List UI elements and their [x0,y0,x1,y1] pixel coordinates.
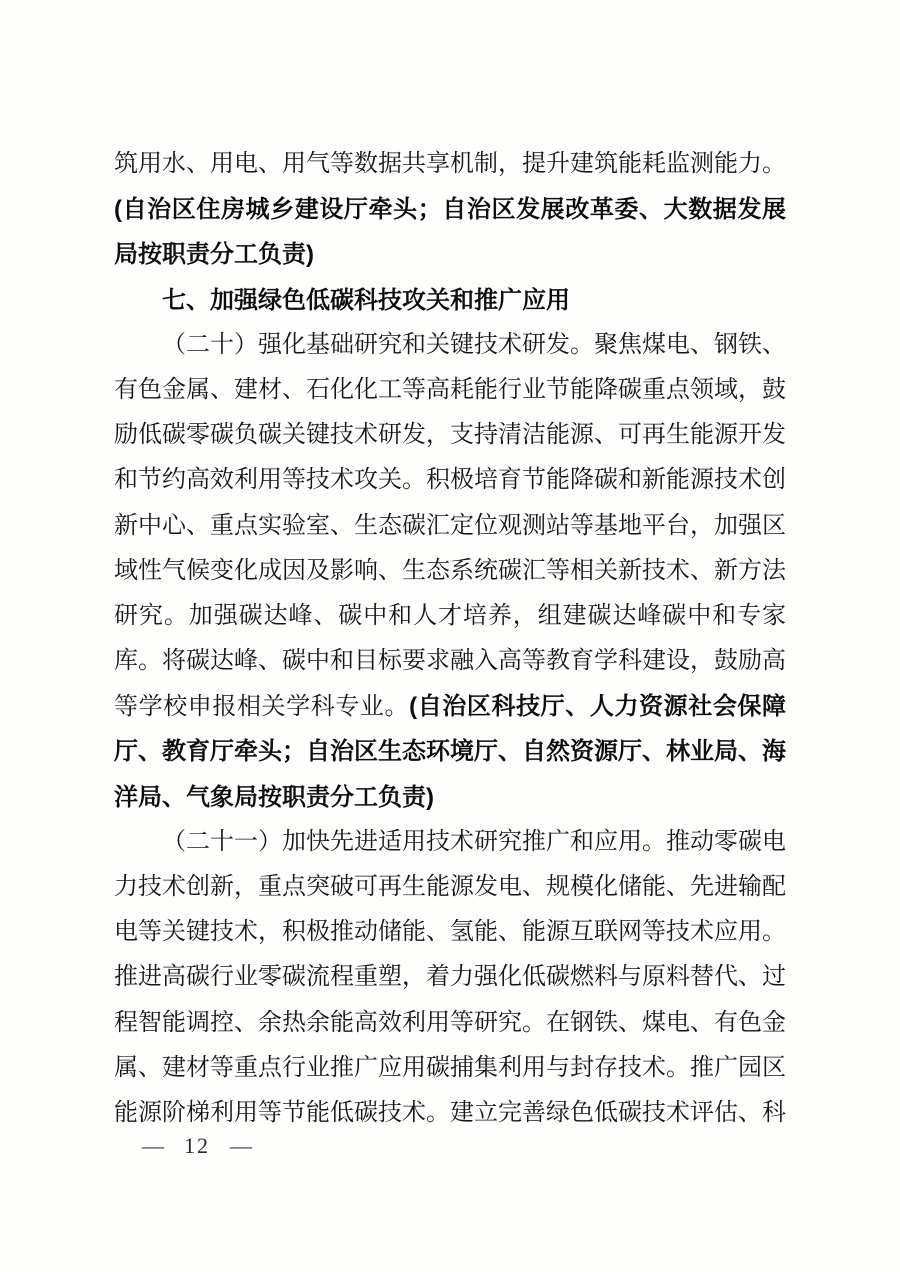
bold-text-segment: 局按职责分工负责) [114,241,314,268]
bold-text-segment: 洋局、气象局按职责分工负责) [114,784,434,811]
page-footer: —12— [142,1131,252,1161]
bold-text-segment: (自治区住房城乡建设厅牵头；自治区发展改革委、大数据发展 [114,196,786,223]
footer-dash-right: — [230,1131,252,1161]
text-segment: 电等关键技术，积极推动储能、氢能、能源互联网等技术应用。 [114,919,786,945]
text-segment: 属、建材等重点行业推广应用碳捕集利用与封存技术。推广园区 [114,1055,786,1081]
text-segment: 域性气候变化成因及影响、生态系统碳汇等相关新技术、新方法 [114,558,786,584]
text-line: 域性气候变化成因及影响、生态系统碳汇等相关新技术、新方法 [114,549,786,594]
text-segment: 励低碳零碳负碳关键技术研发，支持清洁能源、可再生能源开发 [114,422,786,448]
text-segment: 和节约高效利用等技术攻关。积极培育节能降碳和新能源技术创 [114,467,786,493]
text-line: 力技术创新，重点突破可再生能源发电、规模化储能、先进输配 [114,865,786,910]
text-line: 新中心、重点实验室、生态碳汇定位观测站等基地平台，加强区 [114,504,786,549]
text-line: 和节约高效利用等技术攻关。积极培育节能降碳和新能源技术创 [114,458,786,503]
text-line: (自治区住房城乡建设厅牵头；自治区发展改革委、大数据发展 [114,187,786,232]
text-line: 洋局、气象局按职责分工负责) [114,775,786,820]
text-line: 有色金属、建材、石化化工等高耗能行业节能降碳重点领域，鼓 [114,368,786,413]
text-line: 属、建材等重点行业推广应用碳捕集利用与封存技术。推广园区 [114,1046,786,1091]
text-segment: 研究。加强碳达峰、碳中和人才培养，组建碳达峰碳中和专家 [114,603,786,629]
text-line: （二十一）加快先进适用技术研究推广和应用。推动零碳电 [114,820,786,865]
text-segment: 能源阶梯利用等节能低碳技术。建立完善绿色低碳技术评估、科 [114,1100,786,1126]
document-body: 筑用水、用电、用气等数据共享机制，提升建筑能耗监测能力。(自治区住房城乡建设厅牵… [114,142,786,1136]
text-line: 局按职责分工负责) [114,232,786,277]
text-segment: 有色金属、建材、石化化工等高耗能行业节能降碳重点领域，鼓 [114,377,786,403]
text-line: 能源阶梯利用等节能低碳技术。建立完善绿色低碳技术评估、科 [114,1091,786,1136]
text-segment: 筑用水、用电、用气等数据共享机制，提升建筑能耗监测能力。 [114,151,786,177]
text-segment: 库。将碳达峰、碳中和目标要求融入高等教育学科建设，鼓励高 [114,648,786,674]
text-segment: 推进高碳行业零碳流程重塑，着力强化低碳燃料与原料替代、过 [114,964,786,990]
footer-dash-left: — [142,1131,164,1161]
bold-text-segment: 厅、教育厅牵头；自治区生态环境厅、自然资源厅、林业局、海 [114,738,786,765]
text-segment: （二十一）加快先进适用技术研究推广和应用。推动零碳电 [162,829,786,855]
document-page: 筑用水、用电、用气等数据共享机制，提升建筑能耗监测能力。(自治区住房城乡建设厅牵… [0,0,900,1272]
bold-text-segment: 七、加强绿色低碳科技攻关和推广应用 [162,287,570,314]
text-segment: 等学校申报相关学科专业。 [114,694,409,720]
text-line: 筑用水、用电、用气等数据共享机制，提升建筑能耗监测能力。 [114,142,786,187]
page-number: 12 [184,1131,210,1161]
text-line: 推进高碳行业零碳流程重塑，着力强化低碳燃料与原料替代、过 [114,955,786,1000]
text-segment: 力技术创新，重点突破可再生能源发电、规模化储能、先进输配 [114,874,786,900]
text-segment: 新中心、重点实验室、生态碳汇定位观测站等基地平台，加强区 [114,513,786,539]
text-line: 库。将碳达峰、碳中和目标要求融入高等教育学科建设，鼓励高 [114,639,786,684]
text-line: 厅、教育厅牵头；自治区生态环境厅、自然资源厅、林业局、海 [114,729,786,774]
text-line: 七、加强绿色低碳科技攻关和推广应用 [114,278,786,323]
text-line: 等学校申报相关学科专业。(自治区科技厅、人力资源社会保障 [114,684,786,729]
text-line: 程智能调控、余热余能高效利用等研究。在钢铁、煤电、有色金 [114,1001,786,1046]
text-segment: （二十）强化基础研究和关键技术研发。聚焦煤电、钢铁、 [162,332,786,358]
text-line: 励低碳零碳负碳关键技术研发，支持清洁能源、可再生能源开发 [114,413,786,458]
text-line: 研究。加强碳达峰、碳中和人才培养，组建碳达峰碳中和专家 [114,594,786,639]
text-segment: 程智能调控、余热余能高效利用等研究。在钢铁、煤电、有色金 [114,1010,786,1036]
bold-text-segment: (自治区科技厅、人力资源社会保障 [409,693,786,720]
text-line: （二十）强化基础研究和关键技术研发。聚焦煤电、钢铁、 [114,323,786,368]
text-line: 电等关键技术，积极推动储能、氢能、能源互联网等技术应用。 [114,910,786,955]
